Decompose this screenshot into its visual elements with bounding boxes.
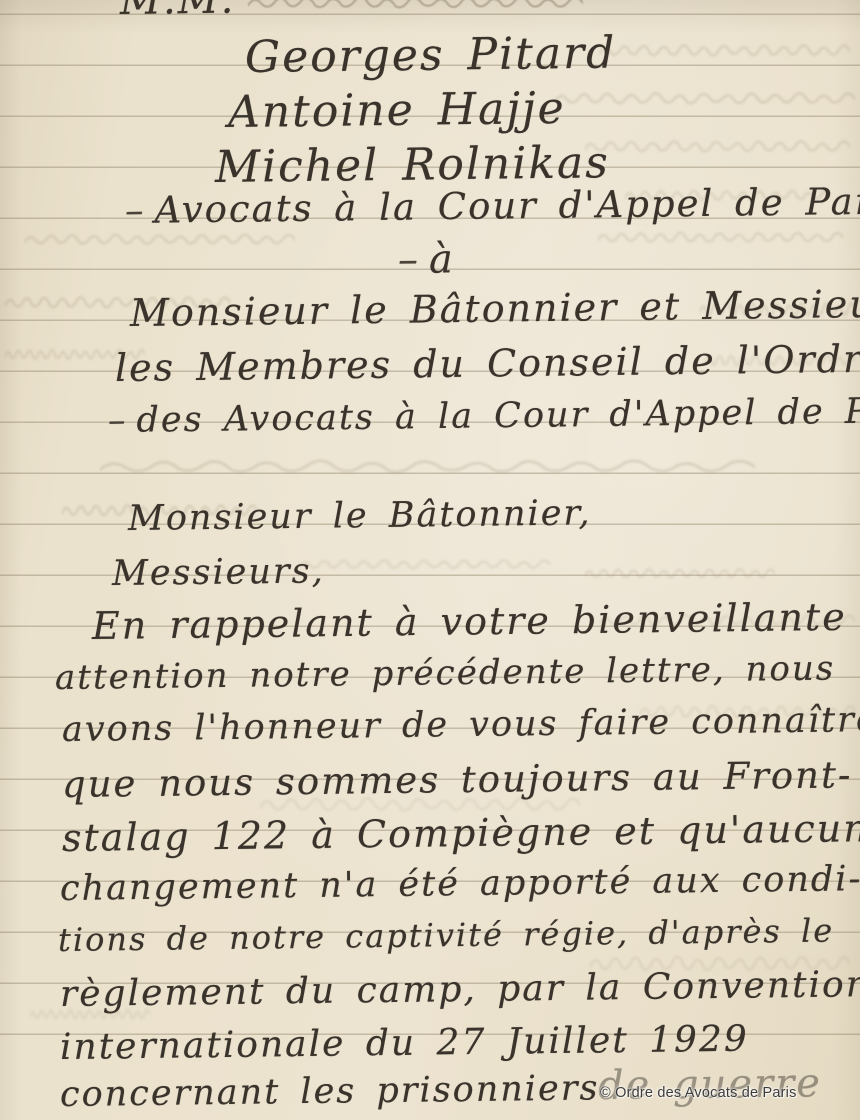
body-line-6: changement n'a été apporté aux condi- — [60, 862, 860, 907]
body-line-3: avons l'honneur de vous faire connaître — [62, 703, 860, 748]
addressee-line-2: les Membres du Conseil de l'Ordre — [115, 340, 860, 387]
body-line-1: En rappelant à votre bienveillante — [92, 598, 847, 645]
ink-bleedthrough — [585, 565, 775, 581]
copyright-watermark: © Ordre des Avocats de Paris — [600, 1085, 797, 1101]
body-line-4: que nous sommes toujours au Front- — [62, 756, 853, 803]
ink-bleedthrough — [585, 136, 850, 156]
salutation-messieurs: Messieurs, — [112, 554, 325, 592]
signatory-michel-rolnikas: Michel Rolnikas — [215, 141, 610, 190]
salutation-batonnier: Monsieur le Bâtonnier, — [128, 496, 592, 537]
body-line-10: concernant les prisonniers — [60, 1071, 600, 1113]
ink-bleedthrough — [555, 88, 855, 108]
addressee-line-1: Monsieur le Bâtonnier et Messieurs — [130, 284, 860, 332]
letter-page: M.M. Georges Pitard Antoine Hajje Michel… — [0, 0, 860, 1120]
body-line-5: stalag 122 à Compiègne et qu'aucun — [62, 809, 860, 857]
ink-bleedthrough — [100, 455, 755, 477]
ink-bleedthrough — [600, 40, 850, 60]
addressee-preposition: à — [398, 239, 455, 280]
body-line-9: internationale du 27 Juillet 1929 — [60, 1022, 749, 1066]
signatory-georges-pitard: Georges Pitard — [245, 31, 617, 80]
signatory-antoine-hajje: Antoine Hajje — [228, 87, 566, 135]
ink-bleedthrough — [598, 228, 843, 246]
clipped-header-strokes — [248, 0, 583, 12]
body-line-8: règlement du camp, par la Convention — [60, 967, 860, 1013]
addressee-line-3: des Avocats à la Cour d'Appel de Paris — [108, 394, 860, 439]
clipped-header-fragment: M.M. — [120, 0, 236, 21]
body-line-7: tions de notre captivité régie, d'après … — [58, 915, 835, 956]
signatory-title-line: Avocats à la Cour d'Appel de Paris — [125, 182, 860, 229]
ink-bleedthrough — [25, 230, 295, 248]
body-line-2: attention notre précédente lettre, nous — [55, 651, 836, 695]
ink-bleedthrough — [300, 556, 550, 572]
